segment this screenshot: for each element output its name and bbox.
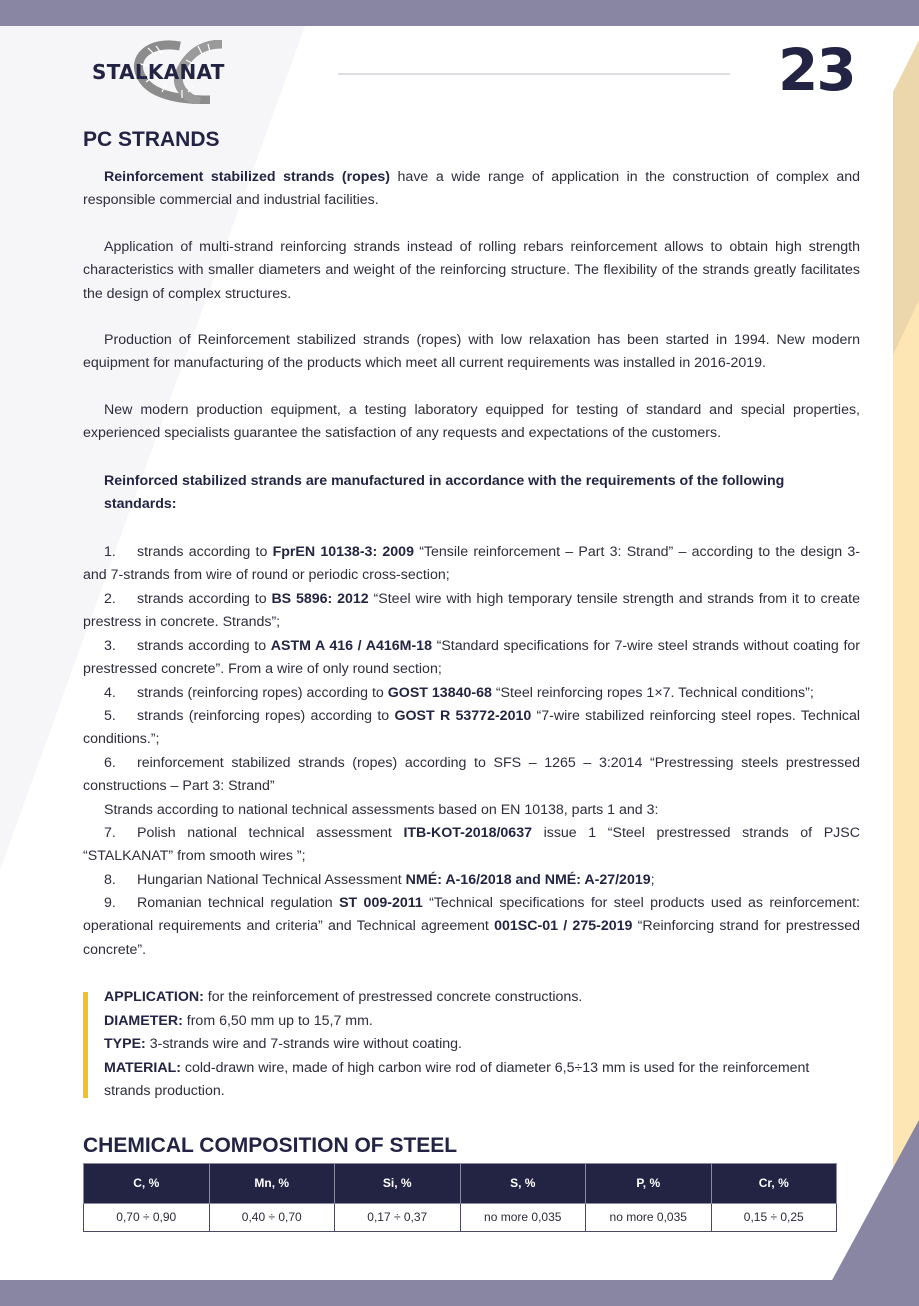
table-cell: 0,15 ÷ 0,25 xyxy=(711,1204,837,1232)
table-header-row: C, % Mn, % Si, % S, % P, % Cr, % xyxy=(84,1164,837,1204)
company-logo: STALKANAT xyxy=(90,40,255,104)
bottom-band xyxy=(0,1280,919,1306)
standard-item: 5.strands (reinforcing ropes) according … xyxy=(83,705,860,752)
spec-diameter: DIAMETER: from 6,50 mm up to 15,7 mm. xyxy=(104,1010,854,1033)
column-header: S, % xyxy=(460,1164,586,1204)
standard-item: 6.reinforcement stabilized strands (rope… xyxy=(83,752,860,799)
top-band xyxy=(0,0,919,26)
national-item: 8.Hungarian National Technical Assessmen… xyxy=(83,869,860,892)
column-header: Cr, % xyxy=(711,1164,837,1204)
spec-type: TYPE: 3-strands wire and 7-strands wire … xyxy=(104,1033,854,1056)
table-cell: no more 0,035 xyxy=(460,1204,586,1232)
national-assessments-note: Strands according to national technical … xyxy=(104,799,860,822)
table-cell: 0,17 ÷ 0,37 xyxy=(335,1204,461,1232)
page-number: 23 xyxy=(778,38,855,102)
product-specs: APPLICATION: for the reinforcement of pr… xyxy=(83,990,860,1104)
intro-paragraph: Production of Reinforcement stabilized s… xyxy=(83,329,860,376)
standards-heading: Reinforced stabilized strands are manufa… xyxy=(104,470,844,517)
spec-application: APPLICATION: for the reinforcement of pr… xyxy=(104,986,854,1009)
column-header: Si, % xyxy=(335,1164,461,1204)
standard-item: 4.strands (reinforcing ropes) according … xyxy=(83,682,860,705)
column-header: C, % xyxy=(84,1164,210,1204)
national-item: 9.Romanian technical regulation ST 009-2… xyxy=(83,892,860,962)
chemical-composition-table: C, % Mn, % Si, % S, % P, % Cr, % 0,70 ÷ … xyxy=(83,1163,837,1232)
chemical-composition-title: CHEMICAL COMPOSITION OF STEEL xyxy=(83,1134,457,1157)
logo-wordmark: STALKANAT xyxy=(92,60,225,84)
standard-item: 2.strands according to BS 5896: 2012 “St… xyxy=(83,588,860,635)
table-cell: 0,40 ÷ 0,70 xyxy=(209,1204,335,1232)
intro-paragraph: Reinforcement stabilized strands (ropes)… xyxy=(83,166,860,213)
intro-paragraph: New modern production equipment, a testi… xyxy=(83,399,860,446)
table-cell: no more 0,035 xyxy=(586,1204,712,1232)
national-item: 7.Polish national technical assessment I… xyxy=(83,822,860,869)
standard-item: 3.strands according to ASTM A 416 / A416… xyxy=(83,635,860,682)
intro-paragraph: Application of multi-strand reinforcing … xyxy=(83,236,860,306)
accent-bar xyxy=(83,992,88,1098)
page-title: PC STRANDS xyxy=(83,128,220,151)
header-divider xyxy=(338,73,730,75)
table-cell: 0,70 ÷ 0,90 xyxy=(84,1204,210,1232)
standard-item: 1.strands according to FprEN 10138-3: 20… xyxy=(83,541,860,588)
column-header: P, % xyxy=(586,1164,712,1204)
column-header: Mn, % xyxy=(209,1164,335,1204)
spec-material: MATERIAL: cold-drawn wire, made of high … xyxy=(104,1057,854,1104)
table-row: 0,70 ÷ 0,90 0,40 ÷ 0,70 0,17 ÷ 0,37 no m… xyxy=(84,1204,837,1232)
